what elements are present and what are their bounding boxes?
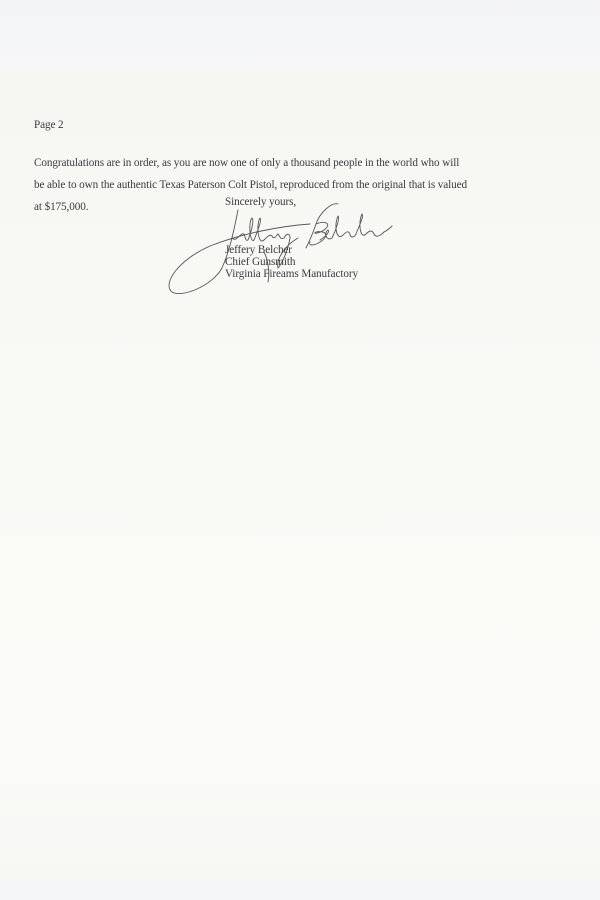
signature-block: Jeffery Belcher Chief Gunsmith Virginia … <box>225 244 358 280</box>
signer-name: Jeffery Belcher <box>225 244 358 256</box>
page-number: Page 2 <box>34 120 64 131</box>
body-line: Congratulations are in order, as you are… <box>34 158 544 169</box>
signer-title: Chief Gunsmith <box>225 256 358 268</box>
background-top <box>0 0 600 68</box>
background-bottom <box>0 880 600 900</box>
signer-organization: Virginia Fireams Manufactory <box>225 268 358 280</box>
